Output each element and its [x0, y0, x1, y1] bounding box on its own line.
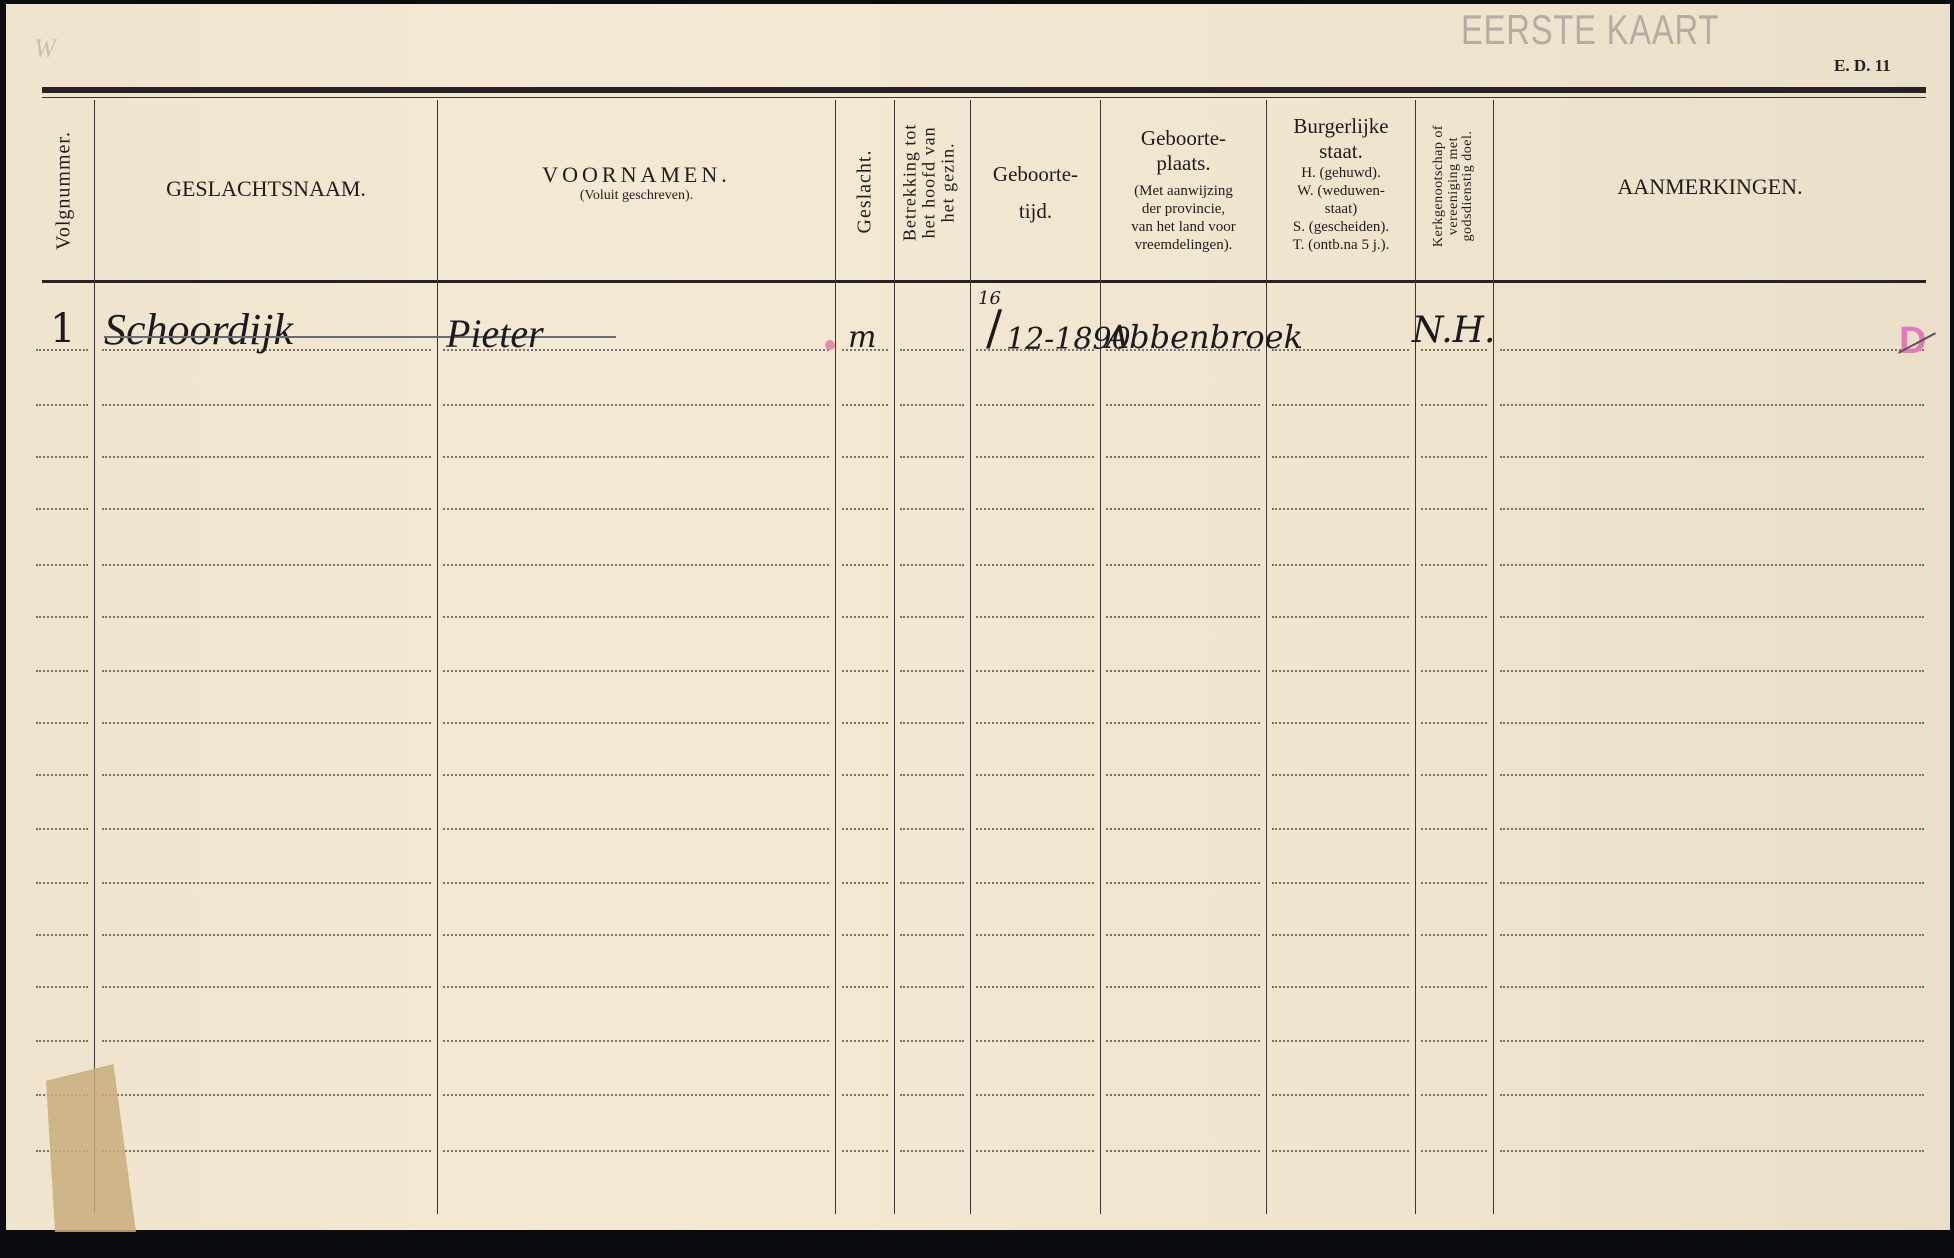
dotted-guideline	[1421, 404, 1487, 406]
col-divider	[970, 100, 971, 1214]
dotted-guideline	[1106, 1150, 1260, 1152]
header-aanmerkingen: AANMERKINGEN.	[1494, 174, 1926, 200]
dotted-guideline	[443, 1150, 829, 1152]
header-geboorteplaats-line2: plaats.	[1101, 151, 1266, 176]
dotted-guideline	[1106, 564, 1260, 566]
header-kerkgenootschap: Kerkgenootschap of vereeniging met godsd…	[1432, 98, 1476, 274]
col-divider	[94, 100, 95, 1214]
header-burgerlijke-w: W. (weduwen-	[1267, 182, 1415, 200]
dotted-guideline	[976, 404, 1094, 406]
dotted-guideline	[1272, 722, 1409, 724]
dotted-guideline	[1421, 1040, 1487, 1042]
header-geslachtsnaam: GESLACHTSNAAM.	[95, 176, 437, 202]
dotted-guideline	[443, 1040, 829, 1042]
entry-geboorteplaats: Abbenbroek	[1106, 318, 1303, 356]
header-kerk-line3: godsdienstig doel.	[1461, 98, 1476, 274]
dotted-guideline	[976, 774, 1094, 776]
header-voornamen-title: VOORNAMEN.	[438, 162, 835, 188]
dotted-guideline	[36, 1040, 88, 1042]
dotted-guideline	[842, 1094, 888, 1096]
dotted-guideline	[102, 722, 431, 724]
header-volgnummer: Volgnummer.	[53, 101, 76, 281]
dotted-guideline	[1106, 934, 1260, 936]
dotted-guideline	[976, 934, 1094, 936]
dotted-guideline	[1106, 882, 1260, 884]
header-voornamen-sub: (Voluit geschreven).	[438, 188, 835, 205]
dotted-guideline	[102, 774, 431, 776]
dotted-guideline	[976, 882, 1094, 884]
dotted-guideline	[1500, 722, 1924, 724]
dotted-guideline	[36, 670, 88, 672]
top-thin-rule	[42, 97, 1926, 98]
dotted-guideline	[842, 934, 888, 936]
dotted-guideline	[1500, 670, 1924, 672]
header-geboortetijd-line1: Geboorte-	[971, 156, 1100, 193]
dotted-guideline	[1421, 882, 1487, 884]
dotted-guideline	[1272, 456, 1409, 458]
dotted-guideline	[900, 508, 964, 510]
dotted-guideline	[900, 564, 964, 566]
aanmerkingen-d-stamp: D	[1899, 320, 1926, 363]
dotted-guideline	[1272, 1150, 1409, 1152]
entry-kerkgenootschap: N.H.	[1412, 310, 1495, 351]
dotted-guideline	[900, 986, 964, 988]
header-geboorteplaats-sub2: der provincie,	[1101, 200, 1266, 218]
dotted-guideline	[1500, 508, 1924, 510]
header-geboorteplaats-sub3: van het land voor	[1101, 218, 1266, 236]
dotted-guideline	[1421, 564, 1487, 566]
dotted-guideline	[1500, 564, 1924, 566]
header-bottom-rule	[42, 280, 1926, 283]
header-burgerlijke-s: S. (gescheiden).	[1267, 218, 1415, 236]
dotted-guideline	[900, 1094, 964, 1096]
dotted-guideline	[842, 508, 888, 510]
dotted-guideline	[443, 456, 829, 458]
header-geboortetijd-line2: tijd.	[971, 193, 1100, 230]
dotted-guideline	[102, 1040, 431, 1042]
dotted-guideline	[976, 616, 1094, 618]
dotted-guideline	[1421, 508, 1487, 510]
dotted-guideline	[102, 508, 431, 510]
dotted-guideline	[1106, 986, 1260, 988]
dotted-guideline	[976, 1150, 1094, 1152]
dotted-guideline	[1500, 828, 1924, 830]
dotted-guideline	[443, 1094, 829, 1096]
dotted-guideline	[1272, 670, 1409, 672]
dotted-guideline	[1500, 1040, 1924, 1042]
dotted-guideline	[842, 882, 888, 884]
dotted-guideline	[102, 670, 431, 672]
dotted-guideline	[1421, 456, 1487, 458]
dotted-guideline	[1106, 828, 1260, 830]
dotted-guideline	[102, 1150, 431, 1152]
dotted-guideline	[976, 828, 1094, 830]
dotted-guideline	[976, 1094, 1094, 1096]
dotted-guideline	[36, 882, 88, 884]
header-burgerlijke-h: H. (gehuwd).	[1267, 164, 1415, 182]
dotted-guideline	[102, 1094, 431, 1096]
header-kerk-line1: Kerkgenootschap of	[1432, 98, 1447, 274]
header-betrekking-line1: Betrekking tot	[901, 94, 920, 270]
col-divider	[894, 100, 895, 1214]
dotted-guideline	[1500, 986, 1924, 988]
dotted-guideline	[976, 1040, 1094, 1042]
dotted-guideline	[102, 564, 431, 566]
dotted-guideline	[102, 404, 431, 406]
dotted-guideline	[443, 986, 829, 988]
header-geboortetijd: Geboorte- tijd.	[971, 156, 1100, 230]
dotted-guideline	[900, 349, 964, 351]
dotted-guideline	[900, 828, 964, 830]
col-divider	[437, 100, 438, 1214]
header-burgerlijke-w2: staat)	[1267, 200, 1415, 218]
dotted-guideline	[102, 882, 431, 884]
dotted-guideline	[1272, 1094, 1409, 1096]
dotted-guideline	[1106, 616, 1260, 618]
form-code: E. D. 11	[1834, 56, 1891, 76]
dotted-guideline	[900, 456, 964, 458]
entry-geboortetijd-slash: /	[986, 300, 1002, 356]
dotted-guideline	[1272, 828, 1409, 830]
dotted-guideline	[36, 456, 88, 458]
header-kerk-line2: vereeniging met	[1447, 98, 1462, 274]
dotted-guideline	[1500, 349, 1924, 351]
dotted-guideline	[1106, 722, 1260, 724]
dotted-guideline	[842, 456, 888, 458]
dotted-guideline	[1421, 616, 1487, 618]
dotted-guideline	[443, 670, 829, 672]
dotted-guideline	[443, 508, 829, 510]
dotted-guideline	[842, 828, 888, 830]
dotted-guideline	[1106, 404, 1260, 406]
dotted-guideline	[1500, 934, 1924, 936]
dotted-guideline	[842, 722, 888, 724]
col-divider	[1100, 100, 1101, 1214]
dotted-guideline	[36, 564, 88, 566]
dotted-guideline	[1106, 670, 1260, 672]
entry-voornamen: Pieter	[446, 310, 544, 357]
dotted-guideline	[1272, 616, 1409, 618]
dotted-guideline	[900, 722, 964, 724]
dotted-guideline	[36, 722, 88, 724]
header-betrekking-line2: het hoofd van	[920, 94, 939, 270]
dotted-guideline	[1272, 404, 1409, 406]
dotted-guideline	[443, 564, 829, 566]
col-divider	[835, 100, 836, 1214]
dotted-guideline	[842, 616, 888, 618]
dotted-guideline	[102, 456, 431, 458]
dotted-guideline	[443, 722, 829, 724]
header-burgerlijke-line1: Burgerlijke	[1267, 114, 1415, 139]
magenta-dot	[825, 340, 835, 350]
dotted-guideline	[842, 986, 888, 988]
dotted-guideline	[1421, 1150, 1487, 1152]
dotted-guideline	[1500, 1150, 1924, 1152]
dotted-guideline	[842, 670, 888, 672]
dotted-guideline	[36, 774, 88, 776]
dotted-guideline	[1500, 404, 1924, 406]
dotted-guideline	[1272, 1040, 1409, 1042]
dotted-guideline	[900, 1150, 964, 1152]
dotted-guideline	[443, 774, 829, 776]
entry-geslachtsnaam: Schoordijk	[104, 304, 293, 355]
dotted-guideline	[976, 986, 1094, 988]
dotted-guideline	[1500, 456, 1924, 458]
dotted-guideline	[1106, 774, 1260, 776]
header-burgerlijke-staat: Burgerlijke staat. H. (gehuwd). W. (wedu…	[1267, 114, 1415, 254]
dotted-guideline	[1272, 882, 1409, 884]
entry-geslacht: m	[848, 320, 876, 355]
dotted-guideline	[842, 404, 888, 406]
dotted-guideline	[1106, 508, 1260, 510]
dotted-guideline	[976, 670, 1094, 672]
dotted-guideline	[443, 616, 829, 618]
dotted-guideline	[842, 1040, 888, 1042]
dotted-guideline	[976, 456, 1094, 458]
dotted-guideline	[900, 670, 964, 672]
entry-volgnummer: 1	[50, 306, 75, 352]
dotted-guideline	[1272, 934, 1409, 936]
registration-card: W EERSTE KAART E. D. 11 Volgnummer. GESL…	[6, 4, 1950, 1230]
dotted-guideline	[36, 616, 88, 618]
dotted-guideline	[1500, 616, 1924, 618]
eerste-kaart-stamp: EERSTE KAART	[1461, 6, 1719, 54]
dotted-guideline	[976, 508, 1094, 510]
col-divider	[1266, 100, 1267, 1214]
dotted-guideline	[1421, 774, 1487, 776]
header-geboorteplaats-sub4: vreemdelingen).	[1101, 236, 1266, 254]
dotted-guideline	[1421, 934, 1487, 936]
dotted-guideline	[900, 1040, 964, 1042]
dotted-guideline	[900, 404, 964, 406]
dotted-guideline	[842, 1150, 888, 1152]
dotted-guideline	[36, 404, 88, 406]
dotted-guideline	[1500, 774, 1924, 776]
dotted-guideline	[443, 404, 829, 406]
header-geboorteplaats-line1: Geboorte-	[1101, 126, 1266, 151]
dotted-guideline	[900, 774, 964, 776]
dotted-guideline	[1106, 456, 1260, 458]
col-divider	[1493, 100, 1494, 1214]
dotted-guideline	[1106, 1040, 1260, 1042]
header-geslacht: Geslacht.	[854, 117, 877, 267]
dotted-guideline	[842, 564, 888, 566]
col-divider	[1415, 100, 1416, 1214]
dotted-guideline	[36, 508, 88, 510]
header-voornamen: VOORNAMEN. (Voluit geschreven).	[438, 162, 835, 205]
dotted-guideline	[443, 882, 829, 884]
dotted-guideline	[1272, 508, 1409, 510]
dotted-guideline	[1421, 828, 1487, 830]
dotted-guideline	[1500, 882, 1924, 884]
header-burgerlijke-t: T. (ontb.na 5 j.).	[1267, 236, 1415, 254]
dotted-guideline	[900, 934, 964, 936]
header-geboorteplaats: Geboorte- plaats. (Met aanwijzing der pr…	[1101, 126, 1266, 254]
dotted-guideline	[900, 882, 964, 884]
dotted-guideline	[102, 986, 431, 988]
dotted-guideline	[102, 616, 431, 618]
header-burgerlijke-line2: staat.	[1267, 139, 1415, 164]
dotted-guideline	[443, 934, 829, 936]
dotted-guideline	[1272, 986, 1409, 988]
dotted-guideline	[36, 986, 88, 988]
dotted-guideline	[1106, 1094, 1260, 1096]
header-betrekking: Betrekking tot het hoofd van het gezin.	[901, 94, 958, 270]
dotted-guideline	[1421, 986, 1487, 988]
dotted-guideline	[36, 934, 88, 936]
dotted-guideline	[36, 828, 88, 830]
dotted-guideline	[976, 564, 1094, 566]
dotted-guideline	[976, 722, 1094, 724]
header-betrekking-line3: het gezin.	[938, 94, 957, 270]
dotted-guideline	[1272, 774, 1409, 776]
tape-strip	[46, 1064, 136, 1232]
dotted-guideline	[1421, 1094, 1487, 1096]
dotted-guideline	[1421, 670, 1487, 672]
dotted-guideline	[900, 616, 964, 618]
dotted-guideline	[102, 828, 431, 830]
dotted-guideline	[1421, 722, 1487, 724]
dotted-guideline	[842, 774, 888, 776]
header-geboorteplaats-sub1: (Met aanwijzing	[1101, 182, 1266, 200]
dotted-guideline	[1500, 1094, 1924, 1096]
dotted-guideline	[102, 934, 431, 936]
dotted-guideline	[443, 828, 829, 830]
dotted-guideline	[1272, 564, 1409, 566]
top-thick-rule	[42, 87, 1926, 93]
corner-mark: W	[34, 34, 56, 64]
